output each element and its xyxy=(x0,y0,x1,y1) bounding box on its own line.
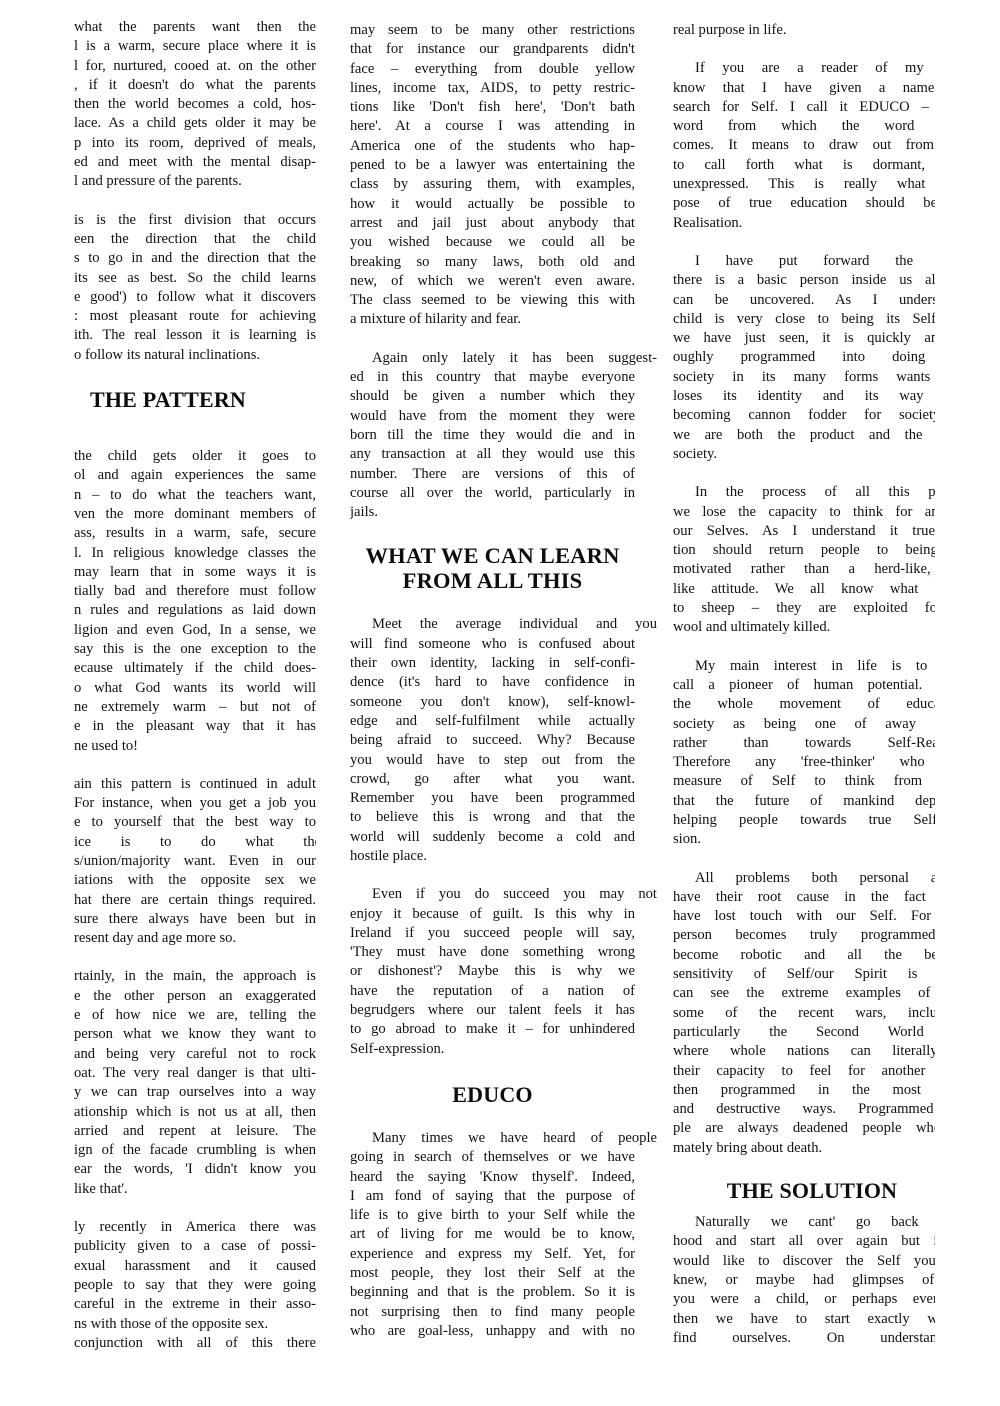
paragraph: what the parents want then the l is a wa… xyxy=(74,18,316,192)
text-line: Naturally we cant' go back to ba xyxy=(673,1213,935,1232)
text-line: tially bad and therefore must follow xyxy=(74,582,316,601)
text-line: l. In religious knowledge classes the xyxy=(74,544,316,563)
text-line: In the process of all this programn xyxy=(673,483,935,502)
paragraph: the child gets older it goes to ol and a… xyxy=(74,447,316,756)
text-line: ol and again experiences the same xyxy=(74,466,316,485)
right-column: real purpose in life. If you are a reade… xyxy=(673,21,935,1367)
text-line: you wished because we could all be xyxy=(350,233,635,252)
middle-column: may seem to be many other restrictions t… xyxy=(350,21,635,1360)
text-line: ne used to! xyxy=(74,737,316,756)
paragraph: My main interest in life is to be wl cal… xyxy=(673,657,935,850)
text-line: our Selves. As I understand it true ed xyxy=(673,522,935,541)
text-line: would have from the moment they were xyxy=(350,407,635,426)
magazine-page: what the parents want then the l is a wa… xyxy=(0,0,1000,1406)
text-line: I have put forward the premise xyxy=(673,252,935,271)
text-line: ear the words, 'I didn't know you xyxy=(74,1160,316,1179)
text-line: is is the first division that occurs xyxy=(74,211,316,230)
text-line: motivated rather than a herd-like, sh xyxy=(673,560,935,579)
text-line: If you are a reader of my materia xyxy=(673,59,935,78)
paragraph: rtainly, in the main, the approach is e … xyxy=(74,967,316,1199)
text-line: can be uncovered. As I understand xyxy=(673,291,935,310)
text-line: ecause ultimately if the child does- xyxy=(74,659,316,678)
text-line: have lost touch with our Self. For wh xyxy=(673,907,935,926)
text-line: you would have to step out from the xyxy=(350,751,635,770)
text-line: e of how nice we are, telling the xyxy=(74,1006,316,1025)
text-line: ain this pattern is continued in adult xyxy=(74,775,316,794)
text-line: ly recently in America there was xyxy=(74,1218,316,1237)
text-line: you were a child, or perhaps even n xyxy=(673,1290,935,1309)
text-line: America one of the students who hap- xyxy=(350,137,635,156)
text-line: number. There are versions of this of xyxy=(350,465,635,484)
text-line: ne extremely warm – but not of xyxy=(74,698,316,717)
text-line: a mixture of hilarity and fear. xyxy=(350,310,635,329)
text-line: what the parents want then the xyxy=(74,18,316,37)
text-line: would like to discover the Self you ne xyxy=(673,1252,935,1271)
text-line: ligion and even God, In a sense, we xyxy=(74,621,316,640)
text-line: comes. It means to draw out from wi xyxy=(673,136,935,155)
text-line: rather than towards Self-Realisat xyxy=(673,734,935,753)
text-line: where whole nations can literally l xyxy=(673,1042,935,1061)
text-line: here'. At a course I was attending in xyxy=(350,117,635,136)
text-line: rtainly, in the main, the approach is xyxy=(74,967,316,986)
text-line: class by assuring them, with examples, xyxy=(350,175,635,194)
section-heading-educo: EDUCO xyxy=(350,1082,635,1107)
text-line: ationship which is not us at all, then xyxy=(74,1103,316,1122)
text-line: crowd, go after what you want. xyxy=(350,770,635,789)
text-line: lace. As a child gets older it may be xyxy=(74,114,316,133)
text-line: e to yourself that the best way to xyxy=(74,813,316,832)
text-line: to believe this is wrong and that the xyxy=(350,808,635,827)
text-line: experience and express my Self. Yet, for xyxy=(350,1245,635,1264)
paragraph: I have put forward the premise there is … xyxy=(673,252,935,464)
text-line: y we can trap ourselves into a way xyxy=(74,1083,316,1102)
text-line: p into its room, deprived of meals, xyxy=(74,134,316,153)
text-line: not surprising then to find many people xyxy=(350,1303,635,1322)
text-line: hood and start all over again but if y xyxy=(673,1232,935,1251)
text-line: s to go in and the direction that the xyxy=(74,249,316,268)
text-line: n rules and regulations as laid down xyxy=(74,601,316,620)
text-line: lines, income tax, AIDS, to petty restri… xyxy=(350,79,635,98)
text-line: say this is the one exception to the xyxy=(74,640,316,659)
text-line: we have just seen, it is quickly and t xyxy=(673,329,935,348)
text-line: oat. The very real danger is that ulti- xyxy=(74,1064,316,1083)
paragraph: Meet the average individual and you will… xyxy=(350,615,635,866)
text-line: search for Self. I call it EDUCO – a l xyxy=(673,98,935,117)
text-line: face – everything from double yellow xyxy=(350,60,635,79)
text-line: enjoy it because of guilt. Is this why i… xyxy=(350,905,635,924)
text-line: For instance, when you get a job you xyxy=(74,794,316,813)
text-line: can see the extreme examples of thi xyxy=(673,984,935,1003)
paragraph: Naturally we cant' go back to ba hood an… xyxy=(673,1213,935,1348)
text-line: we are both the product and the caus xyxy=(673,426,935,445)
paragraph: ly recently in America there was publici… xyxy=(74,1218,316,1353)
text-line: ith. The real lesson it is learning is xyxy=(74,326,316,345)
section-heading-what-we-can-learn: WHAT WE CAN LEARN FROM ALL THIS xyxy=(350,543,635,593)
text-line: unexpressed. This is really what the xyxy=(673,175,935,194)
text-line: Therefore any 'free-thinker' who ha xyxy=(673,753,935,772)
text-line: any transaction at all they would use th… xyxy=(350,445,635,464)
text-line: child is very close to being its Self bu xyxy=(673,310,935,329)
text-line: sensitivity of Self/our Spirit is lost. xyxy=(673,965,935,984)
text-line: loses its identity and its way lite xyxy=(673,387,935,406)
text-line: have the reputation of a nation of xyxy=(350,982,635,1001)
text-line: ed and meet with the mental disap- xyxy=(74,153,316,172)
section-heading-the-pattern: THE PATTERN xyxy=(74,387,316,412)
text-line: the whole movement of education xyxy=(673,695,935,714)
text-line: o follow its natural inclinations. xyxy=(74,346,316,365)
text-line: ple are always deadened people who u xyxy=(673,1119,935,1138)
text-line: we lose the capacity to think for and f xyxy=(673,503,935,522)
text-line: All problems both personal and gl xyxy=(673,869,935,888)
text-line: Meet the average individual and you xyxy=(350,615,657,634)
text-line: exual harassment and it caused xyxy=(74,1257,316,1276)
heading-line: WHAT WE CAN LEARN xyxy=(350,543,635,568)
text-line: The class seemed to be viewing this with xyxy=(350,291,635,310)
text-line: beginning and that is the problem. So it… xyxy=(350,1283,635,1302)
text-line: or dishonest'? Maybe this is why we xyxy=(350,962,635,981)
text-line: that the future of mankind depends xyxy=(673,792,935,811)
text-line: measure of Self to think from real xyxy=(673,772,935,791)
text-line: will find someone who is confused about xyxy=(350,635,635,654)
text-line: to sheep – they are exploited for t xyxy=(673,599,935,618)
section-heading-the-solution: THE SOLUTION xyxy=(673,1178,935,1203)
text-line: and destructive ways. Programmed p xyxy=(673,1100,935,1119)
paragraph: real purpose in life. xyxy=(673,21,935,40)
text-line: ed in this country that maybe everyone xyxy=(350,368,635,387)
text-line: My main interest in life is to be wl xyxy=(673,657,935,676)
text-line: becoming cannon fodder for society - xyxy=(673,406,935,425)
text-line: like that'. xyxy=(74,1180,316,1199)
text-line: conjunction with all of this there xyxy=(74,1334,316,1353)
text-line: going in search of themselves or we have xyxy=(350,1148,635,1167)
text-line: have their root cause in the fact that xyxy=(673,888,935,907)
text-line: ign of the facade crumbling is when xyxy=(74,1141,316,1160)
text-line: then we have to start exactly where xyxy=(673,1310,935,1329)
text-line: society in its many forms wants un xyxy=(673,368,935,387)
text-line: jails. xyxy=(350,503,635,522)
text-line: heard the saying 'Know thyself'. Indeed, xyxy=(350,1168,635,1187)
left-column: what the parents want then the l is a wa… xyxy=(74,18,316,1372)
text-line: to go abroad to make it – for unhindered xyxy=(350,1020,635,1039)
paragraph: Again only lately it has been suggest- e… xyxy=(350,349,635,523)
text-line: pened to be a lawyer was entertaining th… xyxy=(350,156,635,175)
text-line: may learn that in some ways it is xyxy=(74,563,316,582)
text-line: may seem to be many other restrictions xyxy=(350,21,635,40)
text-line: Many times we have heard of people xyxy=(350,1129,657,1148)
text-line: l for, nurtured, cooed at. on the other xyxy=(74,57,316,76)
text-line: publicity given to a case of possi- xyxy=(74,1237,316,1256)
text-line: breaking so many laws, both old and xyxy=(350,253,635,272)
text-line: een the direction that the child xyxy=(74,230,316,249)
text-line: tions like 'Don't fish here', 'Don't bat… xyxy=(350,98,635,117)
text-line: its see as best. So the child learns xyxy=(74,269,316,288)
text-line: who are goal-less, unhappy and with no xyxy=(350,1322,635,1341)
text-line: e good') to follow what it discovers xyxy=(74,288,316,307)
paragraph: is is the first division that occurs een… xyxy=(74,211,316,365)
text-line: society. xyxy=(673,445,935,464)
paragraph: ain this pattern is continued in adult F… xyxy=(74,775,316,949)
text-line: real purpose in life. xyxy=(673,21,935,40)
paragraph: Many times we have heard of people going… xyxy=(350,1129,635,1341)
text-line: arrest and jail just about anybody that xyxy=(350,214,635,233)
text-line: hostile place. xyxy=(350,847,635,866)
text-line: their capacity to feel for another and xyxy=(673,1062,935,1081)
text-line: some of the recent wars, including xyxy=(673,1004,935,1023)
text-line: e the other person an exaggerated xyxy=(74,987,316,1006)
text-line: e in the pleasant way that it has xyxy=(74,717,316,736)
text-line: the child gets older it goes to xyxy=(74,447,316,466)
text-line: knew, or maybe had glimpses of w xyxy=(673,1271,935,1290)
text-line: pose of true education should be – xyxy=(673,194,935,213)
text-line: iations with the opposite sex we xyxy=(74,871,316,890)
text-line: I am fond of saying that the purpose of xyxy=(350,1187,635,1206)
text-line: l is a warm, secure place where it is xyxy=(74,37,316,56)
text-line: o what God wants its world will xyxy=(74,679,316,698)
text-line: ass, results in a warm, safe, secure xyxy=(74,524,316,543)
text-line: their own identity, lacking in self-conf… xyxy=(350,654,635,673)
text-line: how it would actually be possible to xyxy=(350,195,635,214)
text-line: particularly the Second World V xyxy=(673,1023,935,1042)
text-line: , if it doesn't do what the parents xyxy=(74,76,316,95)
text-line: become robotic and all the beauty xyxy=(673,946,935,965)
text-line: mately bring about death. xyxy=(673,1139,935,1158)
text-line: arried and repent at leisure. The xyxy=(74,1122,316,1141)
text-line: : most pleasant route for achieving xyxy=(74,307,316,326)
text-line: most people, they lost their Self at the xyxy=(350,1264,635,1283)
text-line: n – to do what the teachers want, xyxy=(74,486,316,505)
text-line: sion. xyxy=(673,830,935,849)
text-line: and being very careful not to rock xyxy=(74,1045,316,1064)
paragraph: If you are a reader of my materia know t… xyxy=(673,59,935,233)
paragraph: may seem to be many other restrictions t… xyxy=(350,21,635,330)
text-line: Remember you have been programmed xyxy=(350,789,635,808)
text-line: being afraid to succeed. Why? Because xyxy=(350,731,635,750)
text-line: hat there are certain things required. xyxy=(74,891,316,910)
text-line: oughly programmed into doing w xyxy=(673,348,935,367)
text-line: s/union/majority want. Even in our xyxy=(74,852,316,871)
text-line: world will suddenly become a cold and xyxy=(350,828,635,847)
text-line: life is to give birth to your Self while… xyxy=(350,1206,635,1225)
text-line: ven the more dominant members of xyxy=(74,505,316,524)
text-line: should be given a number which they xyxy=(350,387,635,406)
text-line: Ireland if you succeed people will say, xyxy=(350,924,635,943)
paragraph: In the process of all this programn we l… xyxy=(673,483,935,637)
text-line: edge and self-fulfilment while actually xyxy=(350,712,635,731)
text-line: then the world becomes a cold, hos- xyxy=(74,95,316,114)
text-line: born till the time they would die and in xyxy=(350,426,635,445)
text-line: ice is to do what the xyxy=(74,833,316,852)
text-line: Self-expression. xyxy=(350,1040,635,1059)
text-line: person what we know they want to xyxy=(74,1025,316,1044)
text-line: tion should return people to being S xyxy=(673,541,935,560)
text-line: like attitude. We all know what happ xyxy=(673,580,935,599)
text-line: person becomes truly programmed t xyxy=(673,926,935,945)
text-line: wool and ultimately killed. xyxy=(673,618,935,637)
text-line: sure there always have been but in xyxy=(74,910,316,929)
text-line: art of living for me would be to know, xyxy=(350,1225,635,1244)
text-line: that for instance our grandparents didn'… xyxy=(350,40,635,59)
text-line: to call forth what is dormant, hic xyxy=(673,156,935,175)
text-line: call a pioneer of human potential. I v xyxy=(673,676,935,695)
text-line: l and pressure of the parents. xyxy=(74,172,316,191)
text-line: find ourselves. On understanding xyxy=(673,1329,935,1348)
text-line: people to say that they were going xyxy=(74,1276,316,1295)
text-line: then programmed in the most hor xyxy=(673,1081,935,1100)
text-line: Realisation. xyxy=(673,214,935,233)
text-line: new, of which we weren't even aware. xyxy=(350,272,635,291)
text-line: someone you don't know), self-knowl- xyxy=(350,693,635,712)
text-line: Even if you do succeed you may not xyxy=(350,885,657,904)
text-line: dence (it's hard to have confidence in xyxy=(350,673,635,692)
text-line: Again only lately it has been suggest- xyxy=(350,349,657,368)
text-line: course all over the world, particularly … xyxy=(350,484,635,503)
paragraph: All problems both personal and gl have t… xyxy=(673,869,935,1158)
text-line: resent day and age more so. xyxy=(74,929,316,948)
text-line: helping people towards true Self-exp xyxy=(673,811,935,830)
text-line: ns with those of the opposite sex. xyxy=(74,1315,316,1334)
text-line: there is a basic person inside us all w xyxy=(673,271,935,290)
heading-line: FROM ALL THIS xyxy=(350,568,635,593)
text-line: careful in the extreme in their asso- xyxy=(74,1295,316,1314)
text-line: 'They must have done something wrong xyxy=(350,943,635,962)
text-line: society as being one of away from xyxy=(673,715,935,734)
text-line: begrudgers where our talent feels it has xyxy=(350,1001,635,1020)
paragraph: Even if you do succeed you may not enjoy… xyxy=(350,885,635,1059)
text-line: know that I have given a name to xyxy=(673,79,935,98)
text-line: word from which the word 'edu xyxy=(673,117,935,136)
